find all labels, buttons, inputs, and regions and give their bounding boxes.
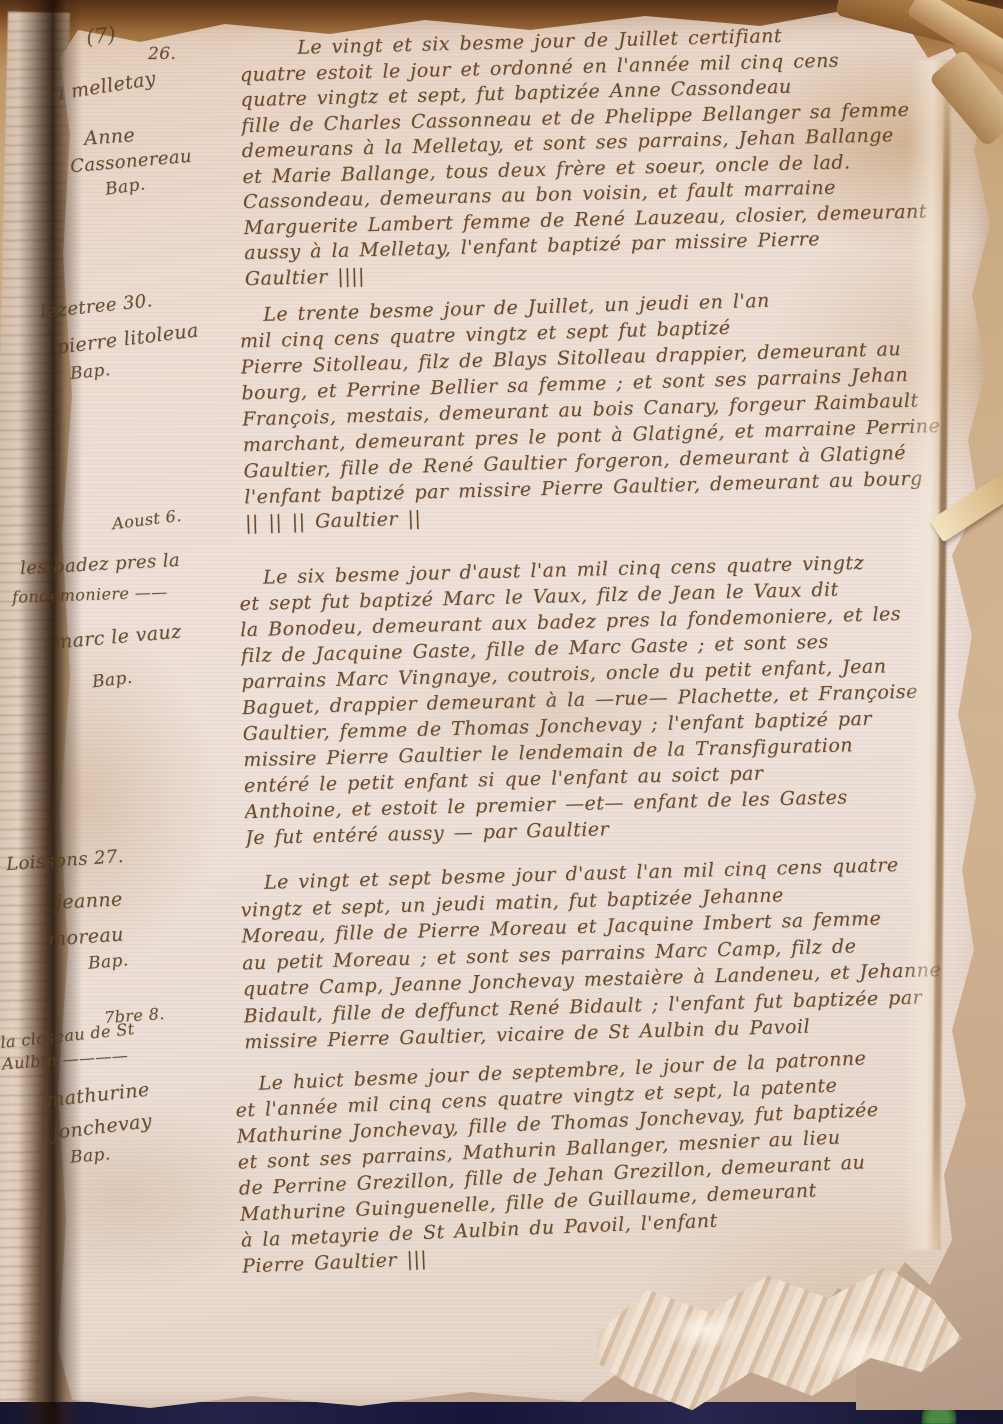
baptism-entry-body: Le trente besme jour de Juillet, un jeud…	[239, 282, 993, 537]
margin-place-date: lezetree 30.	[39, 290, 153, 323]
margin-name: moreau	[47, 923, 124, 950]
baptism-entry-body: Le vingt et six besme jour de Juillet ce…	[239, 19, 993, 292]
margin-name: jeanne	[55, 888, 123, 913]
margin-date: 26.	[148, 44, 176, 64]
margin-name: marc le vauz	[53, 620, 182, 653]
margin-name: pierre litoleua	[55, 319, 200, 358]
margin-bap: Bap.	[91, 668, 134, 693]
margin-date: Aoust 6.	[111, 506, 182, 533]
margin-place: fondemoniere ——	[12, 582, 168, 606]
margin-name: jonchevay	[51, 1110, 153, 1144]
margin-place: les badez pres la	[20, 550, 181, 579]
margin-bap: Bap.	[87, 950, 129, 973]
page-number: (7)	[85, 23, 117, 50]
margin-name: Cassonereau	[69, 146, 192, 178]
margin-place: la melletay	[45, 68, 157, 107]
page-content: (7) 26. la melletay Anne Cassonereau Bap…	[0, 0, 1003, 1424]
margin-bap: Bap.	[104, 174, 147, 199]
margin-name: Anne	[83, 124, 135, 150]
margin-bap: Bap.	[69, 360, 111, 384]
margin-name: mathurine	[45, 1079, 150, 1112]
margin-place-date: Loissons 27.	[5, 846, 124, 875]
margin-bap: Bap.	[69, 1144, 111, 1167]
baptism-entry-body: Le huict besme jour de septembre, le jou…	[234, 1040, 990, 1279]
manuscript-photo: (7) 26. la melletay Anne Cassonereau Bap…	[0, 0, 1003, 1424]
baptism-entry-body: Le six besme jour d'aust l'an mil cinq c…	[239, 547, 994, 851]
baptism-entry-body: Le vingt et sept besme jour d'aust l'an …	[240, 850, 993, 1056]
